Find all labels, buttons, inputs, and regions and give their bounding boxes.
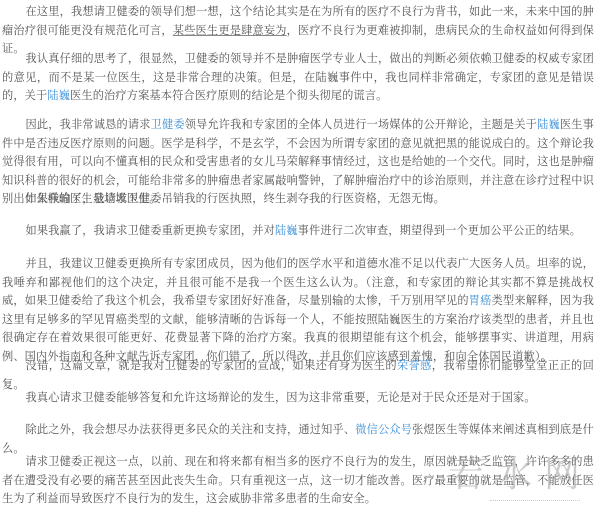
paragraph: 我真心请求卫健委能够答复和允许这场辩论的发生，因为这非常重要，无论是对于民众还是… (0, 389, 542, 408)
paragraph-text: 如果我输了，我请求卫健委吊销我的行医执照，终生剥夺我的行医资格，无怨无悔。 (26, 192, 446, 205)
inline-link[interactable]: 陆巍 (537, 118, 560, 131)
inline-link[interactable]: 卫健委 (151, 118, 185, 131)
inline-link[interactable]: 陆巍 (47, 89, 70, 102)
paragraph-text: 事件进行二次审查，期望得到一个更加公平公正的结果。 (298, 224, 581, 237)
paragraph: 如果我赢了，我请求卫健委重新更换专家团，并对陆巍事件进行二次审查，期望得到一个更… (0, 222, 587, 241)
paragraph-text: 如果我赢了，我请求卫健委重新更换专家团，并对 (26, 224, 275, 237)
inline-link[interactable]: 陆巍 (275, 224, 298, 237)
inline-link[interactable]: 胃癌 (469, 294, 492, 307)
paragraph: 如果我输了，我请求卫健委吊销我的行医执照，终生剥夺我的行医资格，无怨无悔。 (0, 190, 451, 209)
inline-link[interactable]: 荣誉感 (397, 359, 432, 372)
paragraph-text: 除此之外，我会想尽办法获得更多民众的关注和支持，通过知乎、 (26, 423, 356, 436)
paragraph-text: 我真心请求卫健委能够答复和允许这场辩论的发生，因为这非常重要，无论是对于民众还是… (26, 391, 536, 404)
inline-link[interactable]: 微信公众号 (355, 423, 412, 436)
paragraph: 并且，我建议卫健委更换所有专家团成员，因为他们的医学水平和道德水准不足以代表广大… (0, 255, 600, 367)
watermark-logo: 若水网 (448, 446, 592, 497)
paragraph-text: 医生的治疗方案基本符合医疗原则的结论是个彻头彻尾的谎言。 (70, 89, 387, 102)
paragraph-text: 因此，我非常诚恳的请求 (26, 118, 151, 131)
paragraph: 我认真仔细的思考了，很显然，卫健委的领导并不是肿瘤医学专业人士，做出的判断必须依… (0, 50, 600, 106)
watermark-underline (490, 500, 580, 503)
paragraph-text: 领导允许我和专家团的全体人员进行一场媒体的公开辩论，主题是关于 (185, 118, 537, 131)
paragraph-text: 没错，这篇文章，就是我对卫健委的专家团的宣战，如果还有身为医生的 (26, 359, 397, 372)
underlined-text: 某些医生更是肆意妄为 (173, 24, 287, 37)
